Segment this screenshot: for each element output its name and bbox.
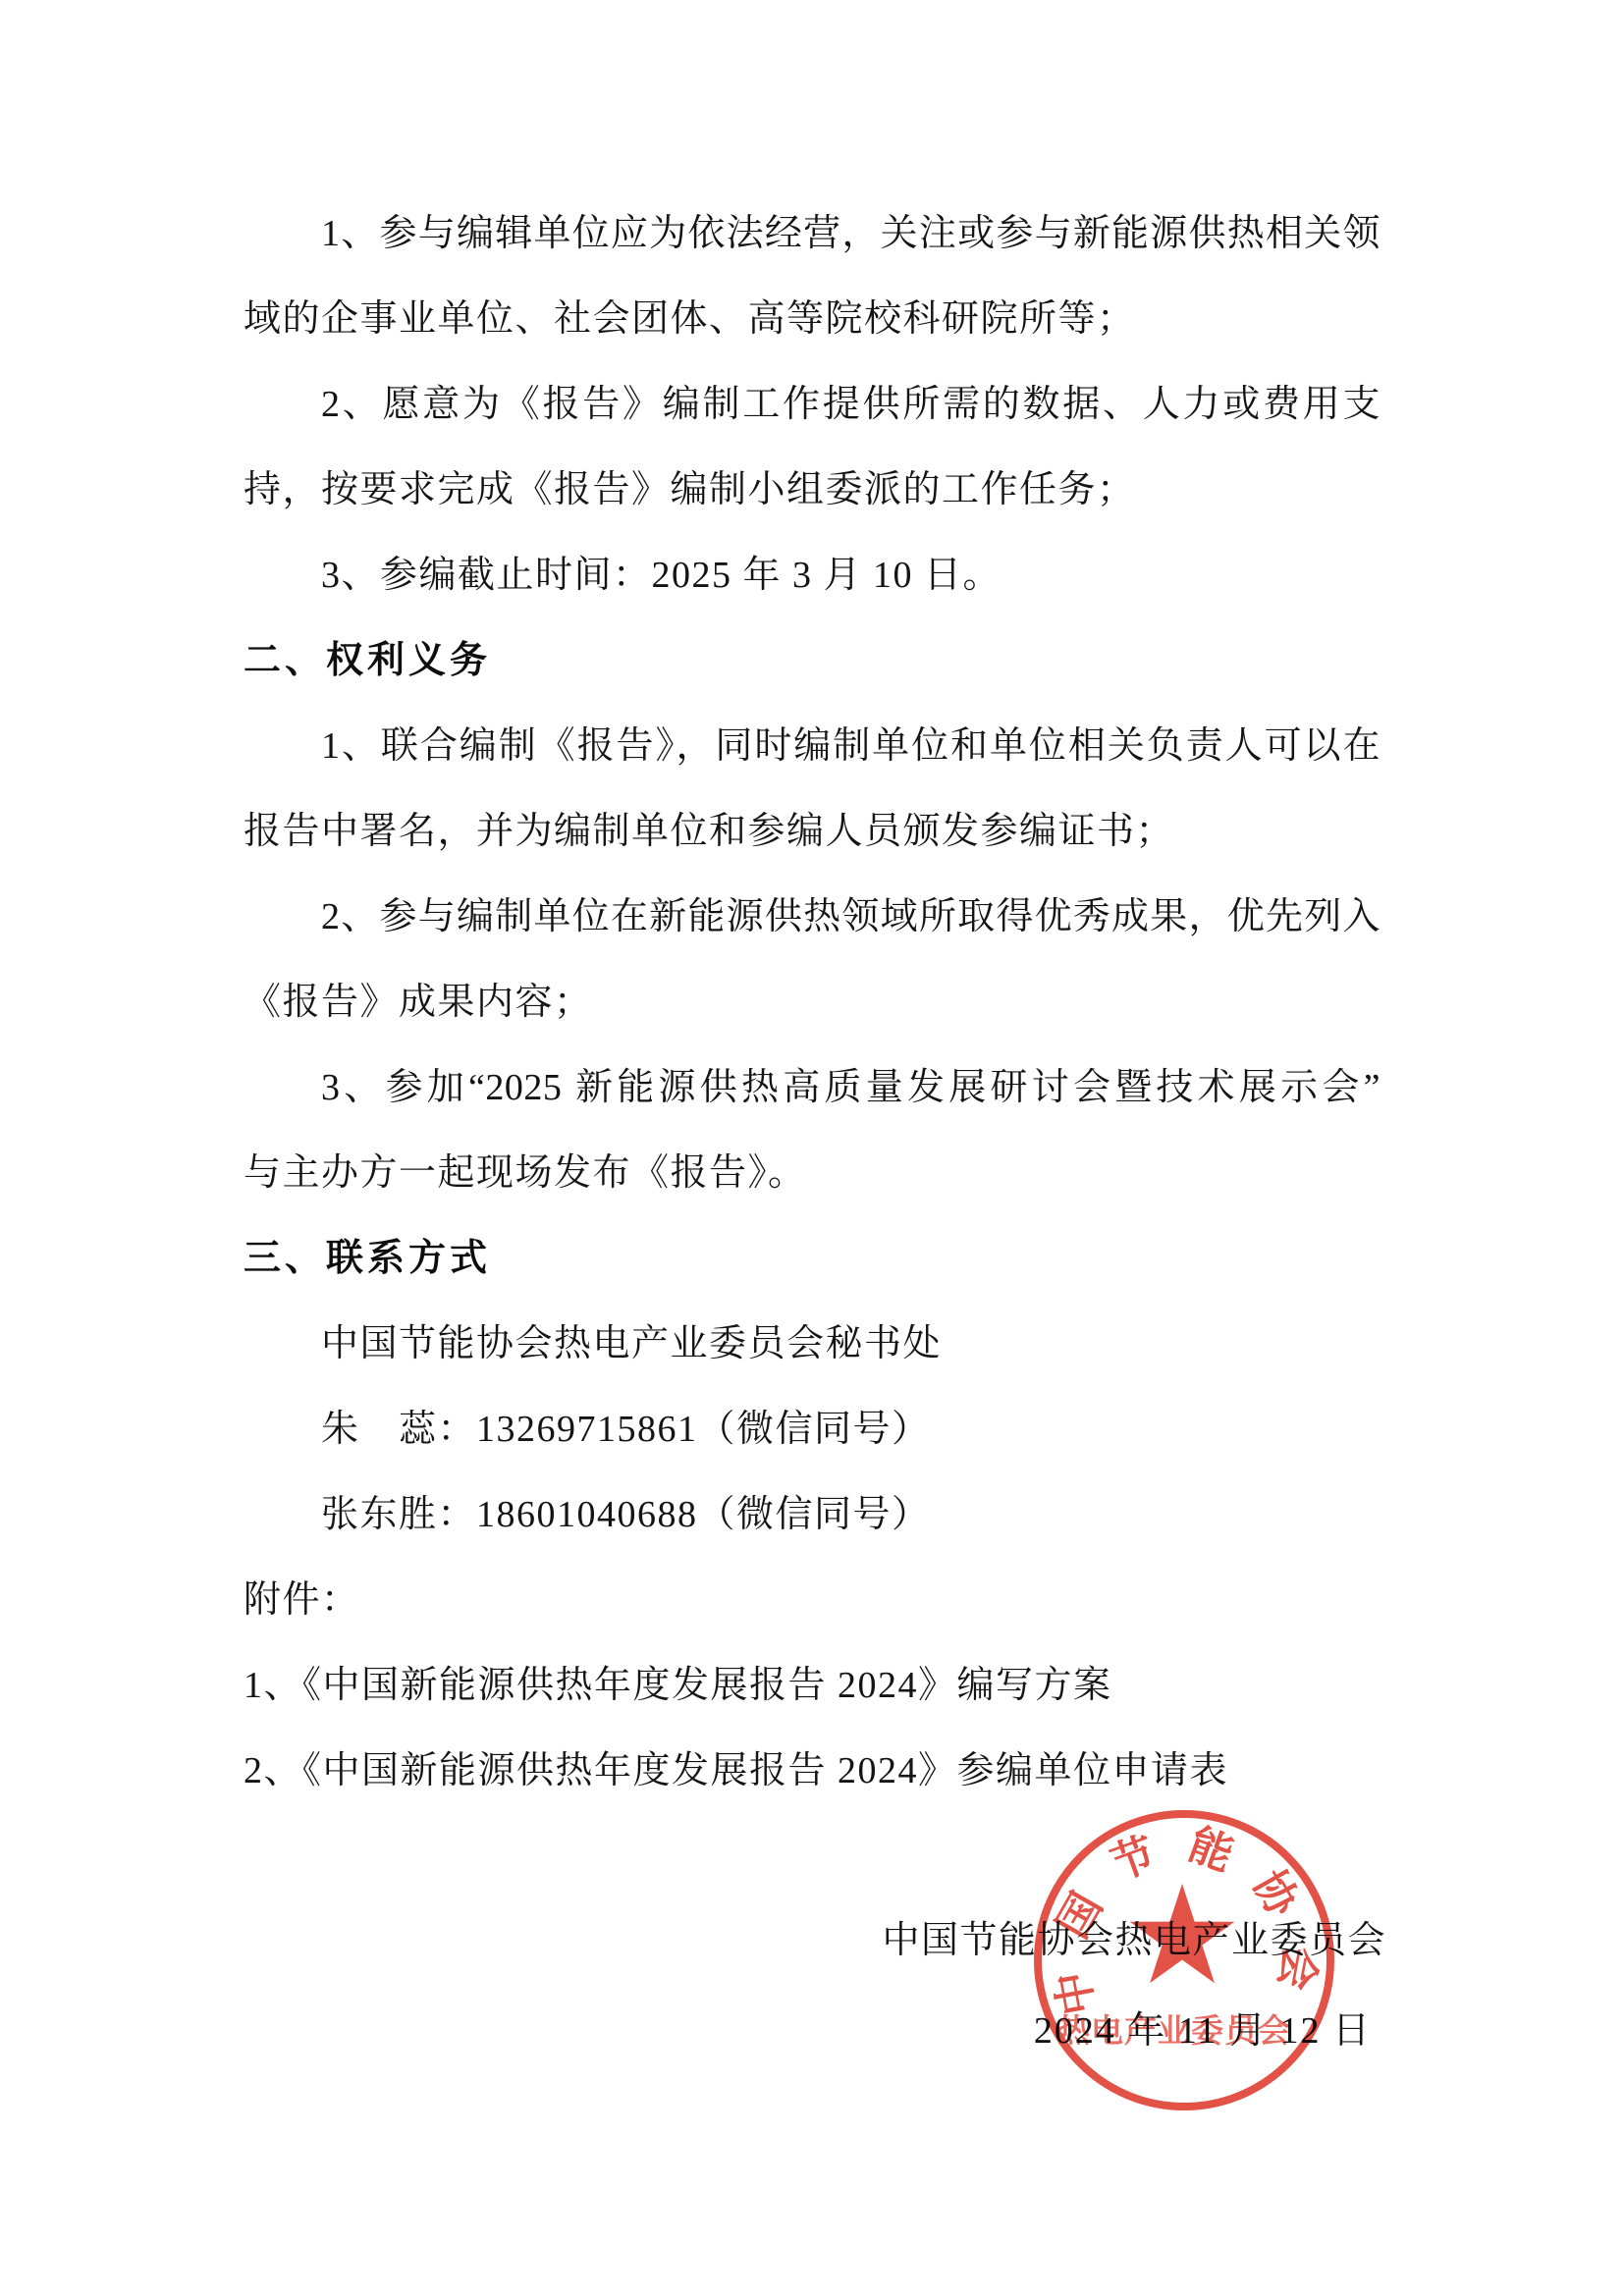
participation-item-1-line-1: 1、参与编辑单位应为依法经营，关注或参与新能源供热相关领 <box>244 211 1380 260</box>
participation-item-3: 3、参编截止时间：2025 年 3 月 10 日。 <box>244 553 1380 602</box>
attachment-item-2: 2、《中国新能源供热年度发展报告 2024》参编单位申请表 <box>244 1748 1380 1797</box>
star-icon <box>1130 1884 1235 1983</box>
participation-item-2-line-1: 2、愿意为《报告》编制工作提供所需的数据、人力或费用支 <box>244 382 1380 431</box>
section-heading-rights-obligations: 二、权利义务 <box>244 638 1380 687</box>
section-heading-contact: 三、联系方式 <box>244 1236 1380 1285</box>
document-page: 1、参与编辑单位应为依法经营，关注或参与新能源供热相关领 域的企事业单位、社会团… <box>0 0 1624 2296</box>
contact-person-2: 张东胜：18601040688（微信同号） <box>244 1492 1380 1541</box>
contact-person-1: 朱 蕊：13269715861（微信同号） <box>244 1407 1380 1456</box>
contact-org-line: 中国节能协会热电产业委员会秘书处 <box>244 1321 1380 1370</box>
rights-item-1-line-1: 1、联合编制《报告》，同时编制单位和单位相关负责人可以在 <box>244 723 1380 773</box>
rights-item-1-line-2: 报告中署名，并为编制单位和参编人员颁发参编证书； <box>244 809 1380 858</box>
official-seal: 中国节能协会 热电产业委员会 <box>1027 1808 1341 2114</box>
participation-item-2-line-2: 持，按要求完成《报告》编制小组委派的工作任务； <box>244 467 1380 516</box>
rights-item-3-line-2: 与主办方一起现场发布《报告》。 <box>244 1150 1380 1200</box>
attachments-label: 附件： <box>244 1577 1380 1627</box>
attachment-item-1: 1、《中国新能源供热年度发展报告 2024》编写方案 <box>244 1663 1380 1712</box>
participation-item-1-line-2: 域的企事业单位、社会团体、高等院校科研院所等； <box>244 296 1380 346</box>
rights-item-2-line-1: 2、参与编制单位在新能源供热领域所取得优秀成果，优先列入 <box>244 894 1380 943</box>
rights-item-3-line-1: 3、参加“2025 新能源供热高质量发展研讨会暨技术展示会” <box>244 1065 1380 1114</box>
rights-item-2-line-2: 《报告》成果内容； <box>244 980 1380 1029</box>
seal-banner-text: 热电产业委员会 <box>1057 2012 1291 2049</box>
